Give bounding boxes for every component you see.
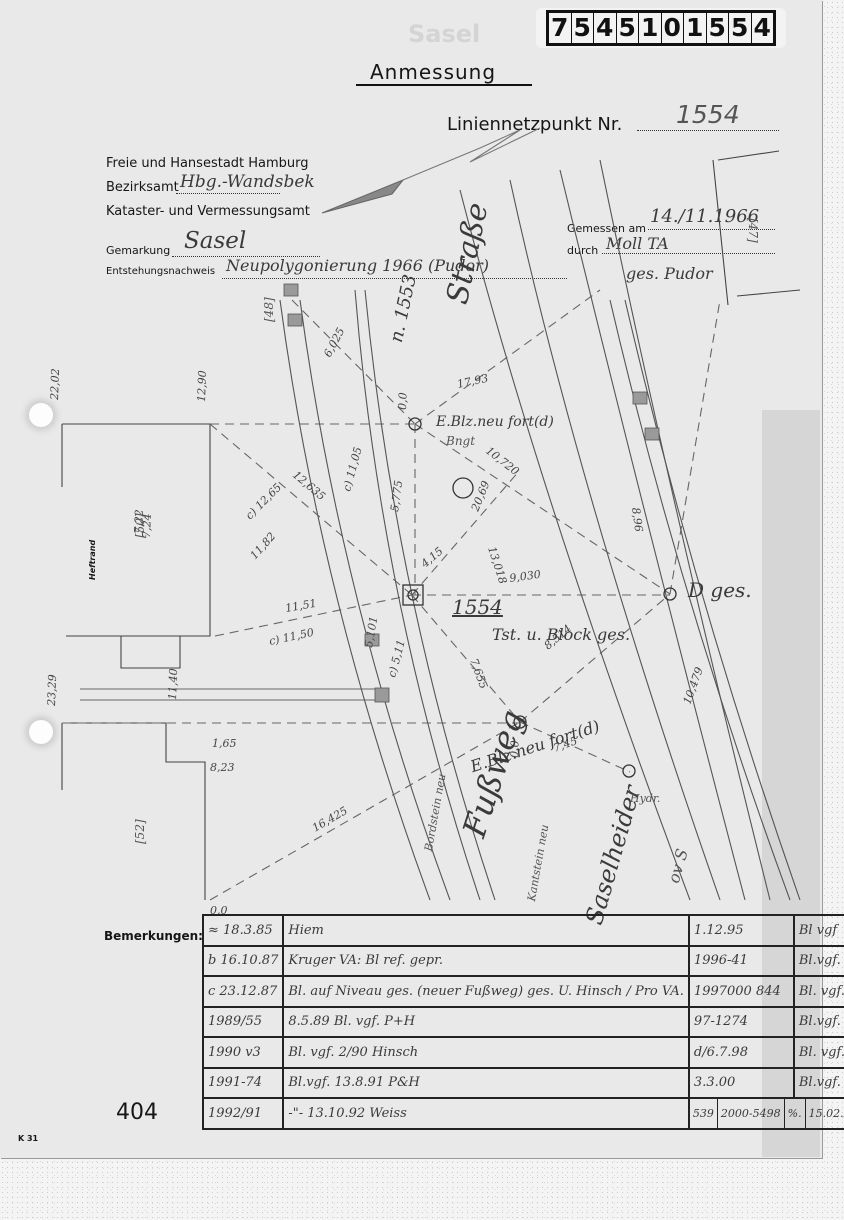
remark-text: Bl. auf Niveau ges. (neuer Fußweg) ges. …	[283, 976, 689, 1007]
measurement-value: 11,40	[166, 668, 180, 700]
remark-split-cell: 5392000-5498%.15.02.2001Bl vgf+gepr. M.U…	[689, 1098, 844, 1129]
measurement-value: 8,96	[629, 507, 645, 533]
label-parcel-48: [48]	[262, 297, 276, 322]
remark-text: Bl.vgf. Hinsch	[794, 1068, 844, 1099]
remark-text: Bl.vgf. 13.8.91 P&H	[283, 1068, 689, 1099]
remark-number: d/6.7.98	[689, 1037, 794, 1068]
sheet-number: 404	[116, 1100, 158, 1125]
remark-text: Bl.vgf. Brödau 25.1.96	[794, 946, 844, 977]
remark-number: 1997000 844	[689, 976, 794, 1007]
remark-split-part: 2000-5498	[718, 1099, 785, 1128]
remark-text: Bl.vgf. 31.7.97 Baginski	[794, 1007, 844, 1038]
measurement-value: 8,23	[210, 761, 235, 774]
remark-number: c 23.12.87	[203, 976, 283, 1007]
remarks-row: ≈ 18.3.85Hiem1.12.95Bl vgf	[203, 915, 844, 946]
remark-split-part: %.	[785, 1099, 806, 1128]
remark-text: Bl. vgf. 2/90 Hinsch	[283, 1037, 689, 1068]
measurement-value: 11,82	[248, 530, 279, 562]
remark-split-part: 15.02.2001	[806, 1099, 844, 1128]
measurement-value: 1,65	[212, 737, 237, 750]
remark-number: b 16.10.87	[203, 946, 283, 977]
measurement-value: 0,0	[396, 392, 410, 410]
measurement-value: 11,51	[284, 597, 317, 615]
label-blz-top: E.Blz.neu fort(d)	[436, 414, 554, 430]
measurement-value: 12,90	[195, 370, 209, 402]
remark-text: Bl. vgf. 22.5.97 P+H	[794, 976, 844, 1007]
remark-text: Kruger VA: Bl ref. gepr.	[283, 946, 689, 977]
measurement-value: 23,29	[45, 674, 59, 707]
remark-number: 1996-41	[689, 946, 794, 977]
measurement-value: c) 12,65	[243, 481, 284, 522]
measurement-value: 6,025	[321, 325, 347, 359]
remarks-row: b 16.10.87Kruger VA: Bl ref. gepr.1996-4…	[203, 946, 844, 977]
remarks-label: Bemerkungen:	[104, 929, 203, 943]
remarks-row: 1992/91-"- 13.10.92 Weiss5392000-5498%.1…	[203, 1098, 844, 1129]
binding-margin-label: Heftrand	[88, 540, 97, 580]
remark-number: 3.3.00	[689, 1068, 794, 1099]
label-blz-top-sub: Bngt	[446, 434, 475, 448]
remark-number: 1990 v3	[203, 1037, 283, 1068]
measurement-value: 10,720	[483, 444, 521, 478]
remark-number: 1992/91	[203, 1098, 283, 1129]
remark-number: 1989/55	[203, 1007, 283, 1038]
measurement-value: 4,15	[418, 545, 446, 571]
remarks-row: 1991-74Bl.vgf. 13.8.91 P&H3.3.00Bl.vgf. …	[203, 1068, 844, 1099]
remark-split-part: 539	[690, 1099, 718, 1128]
label-parcel-52: [52]	[133, 819, 147, 844]
measurement-value: 9,030	[509, 568, 542, 585]
remark-number: 1.12.95	[689, 915, 794, 946]
measurement-value: 16,425	[310, 804, 350, 835]
remark-number: ≈ 18.3.85	[203, 915, 283, 946]
remarks-table: ≈ 18.3.85Hiem1.12.95Bl vgfb 16.10.87Krug…	[202, 914, 844, 1130]
measurement-value: 7,655	[467, 657, 490, 691]
remark-text: 8.5.89 Bl. vgf. P+H	[283, 1007, 689, 1038]
remark-number: 1991-74	[203, 1068, 283, 1099]
label-point-note: Tst. u. Block ges.	[492, 625, 630, 644]
remark-number: 97-1274	[689, 1007, 794, 1038]
measurement-value: c) 11,05	[340, 446, 364, 493]
form-code: K 31	[18, 1134, 38, 1143]
label-point-d: D ges.	[688, 578, 752, 602]
remark-text: Bl. vgf. Dö.	[794, 1037, 844, 1068]
remark-text: -"- 13.10.92 Weiss	[283, 1098, 689, 1129]
measurement-value: 22,02	[48, 368, 62, 401]
measurement-value: 10,479	[681, 665, 706, 706]
measurement-value: 13,018	[485, 545, 509, 586]
measurement-value: c) 11,50	[268, 626, 315, 648]
remarks-row: c 23.12.87Bl. auf Niveau ges. (neuer Fuß…	[203, 976, 844, 1007]
remarks-row: 1990 v3Bl. vgf. 2/90 Hinschd/6.7.98Bl. v…	[203, 1037, 844, 1068]
remark-text: Hiem	[283, 915, 689, 946]
remark-text: Bl vgf	[794, 915, 844, 946]
label-hydrant: Hydr.	[630, 792, 660, 805]
label-parcel-47: [47]	[746, 218, 760, 243]
measurement-value: 17,93	[456, 372, 490, 391]
label-point-1554: 1554	[452, 595, 503, 619]
measurement-value: c) 5,11	[385, 638, 408, 679]
remarks-row: 1989/558.5.89 Bl. vgf. P+H97-1274Bl.vgf.…	[203, 1007, 844, 1038]
label-parcel-50: [50]	[133, 513, 147, 538]
